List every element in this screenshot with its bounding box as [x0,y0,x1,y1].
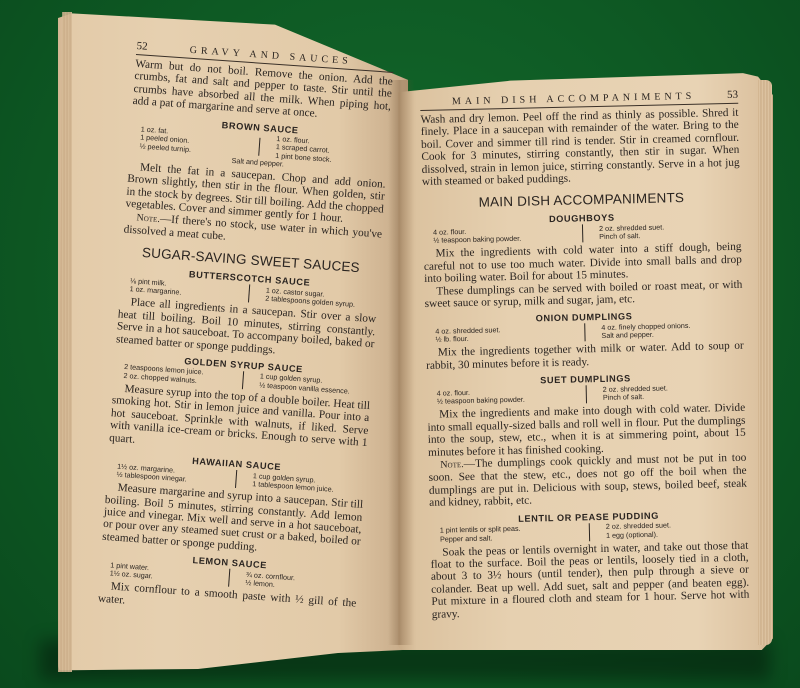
ingredient: Pinch of salt. [603,391,745,403]
page-number-left: 52 [136,40,148,53]
ingredient: ½ teaspoon baking powder. [433,234,577,246]
book-spine-gutter [388,80,414,645]
ingredient: 1 egg (optional). [606,528,748,540]
ingredient: Pinch of salt. [599,230,741,242]
ingredient: Pepper and salt. [440,532,584,544]
recipe-method: Mix the ingredients together with milk o… [426,340,744,372]
recipe-note: Note.—The dumplings cook quickly and mus… [428,452,747,510]
left-page-content: 52 GRAVY AND SAUCES Warm but do not boil… [98,40,395,623]
recipe-method: Soak the peas or lentils overnight in wa… [430,539,750,621]
ingredient-divider [581,225,582,243]
right-page-edges [758,80,772,645]
ingredient-divider [234,470,236,488]
ingredient-divider [228,569,230,587]
ingredient-divider [241,371,243,389]
ingredient-divider [584,324,585,342]
ingredient: Salt and pepper. [601,329,743,341]
recipe-method: Mix the ingredients and make into dough … [427,402,746,459]
page-number-right: 53 [727,89,738,101]
right-page-content: MAIN DISH ACCOMPANIMENTS 53 Wash and dry… [420,89,750,621]
ingredient-divider [247,285,249,303]
opening-paragraph: Wash and dry lemon. Peel off the rind as… [420,107,740,189]
ingredient: ½ teaspoon baking powder. [437,395,581,407]
section-title-main-dish: MAIN DISH ACCOMPANIMENTS [422,189,740,211]
ingredient-divider [588,523,589,541]
ingredient-divider [585,386,586,404]
ingredient-divider [258,137,260,155]
ingredient: ½ lb. flour. [435,333,579,345]
